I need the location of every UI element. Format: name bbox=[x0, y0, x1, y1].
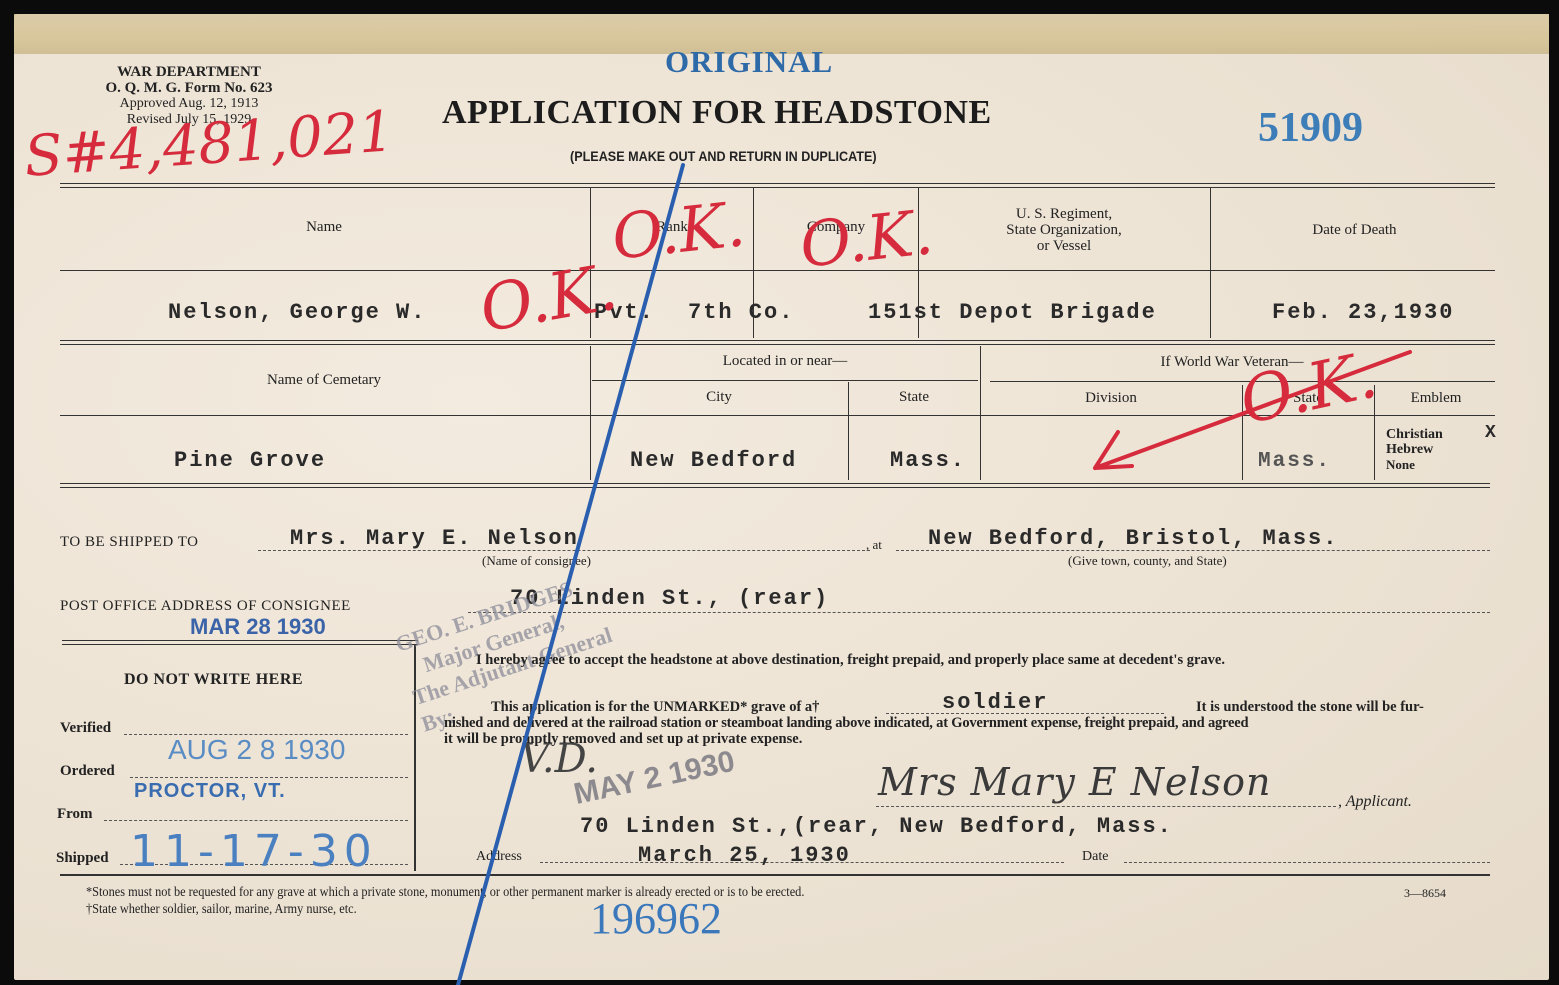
rule bbox=[60, 483, 1490, 488]
ordered-label: Ordered bbox=[60, 763, 115, 780]
received-stamp: MAR 28 1930 bbox=[190, 614, 326, 640]
emblem-option-none: None bbox=[1386, 457, 1443, 472]
col-divider bbox=[1210, 188, 1211, 338]
value-city: New Bedford bbox=[630, 448, 797, 473]
agreement-line3: nished and delivered at the railroad sta… bbox=[444, 716, 1248, 731]
ship-to-value: Mrs. Mary E. Nelson bbox=[290, 526, 579, 551]
applicant-label: , Applicant. bbox=[1338, 793, 1412, 811]
date-underline bbox=[1124, 862, 1490, 863]
ship-to-label: TO BE SHIPPED TO bbox=[60, 534, 198, 551]
header-regiment-line2: State Organization, bbox=[920, 222, 1208, 238]
footnote-2: †State whether soldier, sailor, marine, … bbox=[86, 902, 357, 918]
ok-mark-3: O.K. bbox=[797, 195, 937, 281]
header-name: Name bbox=[60, 219, 588, 236]
file-number-stamp: 51909 bbox=[1258, 104, 1363, 152]
header-division: Division bbox=[982, 390, 1240, 407]
from-stamp: PROCTOR, VT. bbox=[134, 780, 286, 803]
rule bbox=[60, 183, 1495, 188]
value-ww-state: Mass. bbox=[1258, 450, 1331, 473]
emblem-mark: X bbox=[1485, 423, 1498, 443]
agreement-line4: it will be promptly removed and set up a… bbox=[444, 732, 802, 747]
header-cemetery: Name of Cemetary bbox=[60, 372, 588, 389]
page-subtitle: (PLEASE MAKE OUT AND RETURN IN DUPLICATE… bbox=[570, 148, 877, 164]
form-code: 3—8654 bbox=[1404, 886, 1446, 901]
value-company: 7th Co. bbox=[688, 300, 794, 325]
office-box-top bbox=[62, 640, 418, 645]
emblem-option-hebrew: Hebrew bbox=[1386, 442, 1443, 457]
po-address-label: POST OFFICE ADDRESS OF CONSIGNEE bbox=[60, 598, 351, 615]
value-state: Mass. bbox=[890, 448, 966, 473]
header-located: Located in or near— bbox=[592, 353, 978, 370]
signature-line bbox=[876, 806, 1336, 807]
agreement-line1: I hereby agree to accept the headstone a… bbox=[476, 653, 1225, 668]
value-date-of-death: Feb. 23,1930 bbox=[1272, 300, 1454, 325]
rule bbox=[60, 270, 1495, 271]
from-line bbox=[104, 820, 408, 821]
at-label: , at bbox=[866, 537, 882, 553]
agreement-line2-suffix: It is understood the stone will be fur- bbox=[1196, 700, 1424, 715]
emblem-options: Christian Hebrew None bbox=[1386, 427, 1443, 472]
at-caption: (Give town, county, and State) bbox=[1068, 553, 1227, 569]
value-cemetery: Pine Grove bbox=[174, 448, 326, 473]
footer-number-stamp: 196962 bbox=[590, 893, 722, 944]
original-stamp: ORIGINAL bbox=[665, 44, 833, 80]
applicant-signature: Mrs Mary E Nelson bbox=[878, 760, 1272, 804]
consignee-caption: (Name of consignee) bbox=[482, 553, 591, 569]
col-divider bbox=[848, 382, 849, 480]
form-number: O. Q. M. G. Form No. 623 bbox=[50, 80, 328, 96]
col-divider bbox=[590, 346, 591, 480]
header-regiment-line1: U. S. Regiment, bbox=[920, 206, 1208, 222]
ordered-date-stamp: AUG 2 8 1930 bbox=[168, 734, 345, 766]
from-label: From bbox=[57, 806, 93, 823]
rule bbox=[60, 874, 1490, 876]
header-date-of-death: Date of Death bbox=[1212, 222, 1497, 239]
header-state: State bbox=[850, 389, 978, 406]
ordered-line bbox=[130, 777, 408, 778]
col-divider bbox=[980, 346, 981, 480]
department-label: WAR DEPARTMENT bbox=[50, 64, 328, 80]
ok-mark-2: O.K. bbox=[609, 187, 749, 273]
grave-of-value: soldier bbox=[942, 690, 1048, 715]
header-ww-veteran: If World War Veteran— bbox=[982, 354, 1482, 371]
address-label: Address bbox=[476, 849, 522, 865]
header-regiment-line3: or Vessel bbox=[920, 238, 1208, 254]
verified-label: Verified bbox=[60, 720, 111, 737]
shipped-value: 11-17-30 bbox=[130, 826, 378, 877]
agreement-line2-prefix: This application is for the UNMARKED* gr… bbox=[491, 700, 819, 715]
header-emblem: Emblem bbox=[1376, 390, 1496, 407]
address-value: 70 Linden St.,(rear, New Bedford, Mass. bbox=[580, 814, 1173, 839]
date-value: March 25, 1930 bbox=[638, 843, 851, 868]
page-title: APPLICATION FOR HEADSTONE bbox=[442, 94, 992, 132]
date-label: Date bbox=[1082, 849, 1108, 865]
office-box-title: DO NOT WRITE HERE bbox=[124, 671, 303, 689]
at-value: New Bedford, Bristol, Mass. bbox=[928, 526, 1338, 551]
value-name: Nelson, George W. bbox=[168, 300, 426, 325]
rule bbox=[60, 340, 1495, 345]
shipped-label: Shipped bbox=[56, 850, 109, 867]
header-city: City bbox=[592, 389, 846, 406]
value-regiment: 151st Depot Brigade bbox=[868, 300, 1157, 325]
emblem-option-christian: Christian bbox=[1386, 427, 1443, 442]
rule bbox=[592, 380, 978, 381]
header-regiment: U. S. Regiment, State Organization, or V… bbox=[920, 206, 1208, 254]
